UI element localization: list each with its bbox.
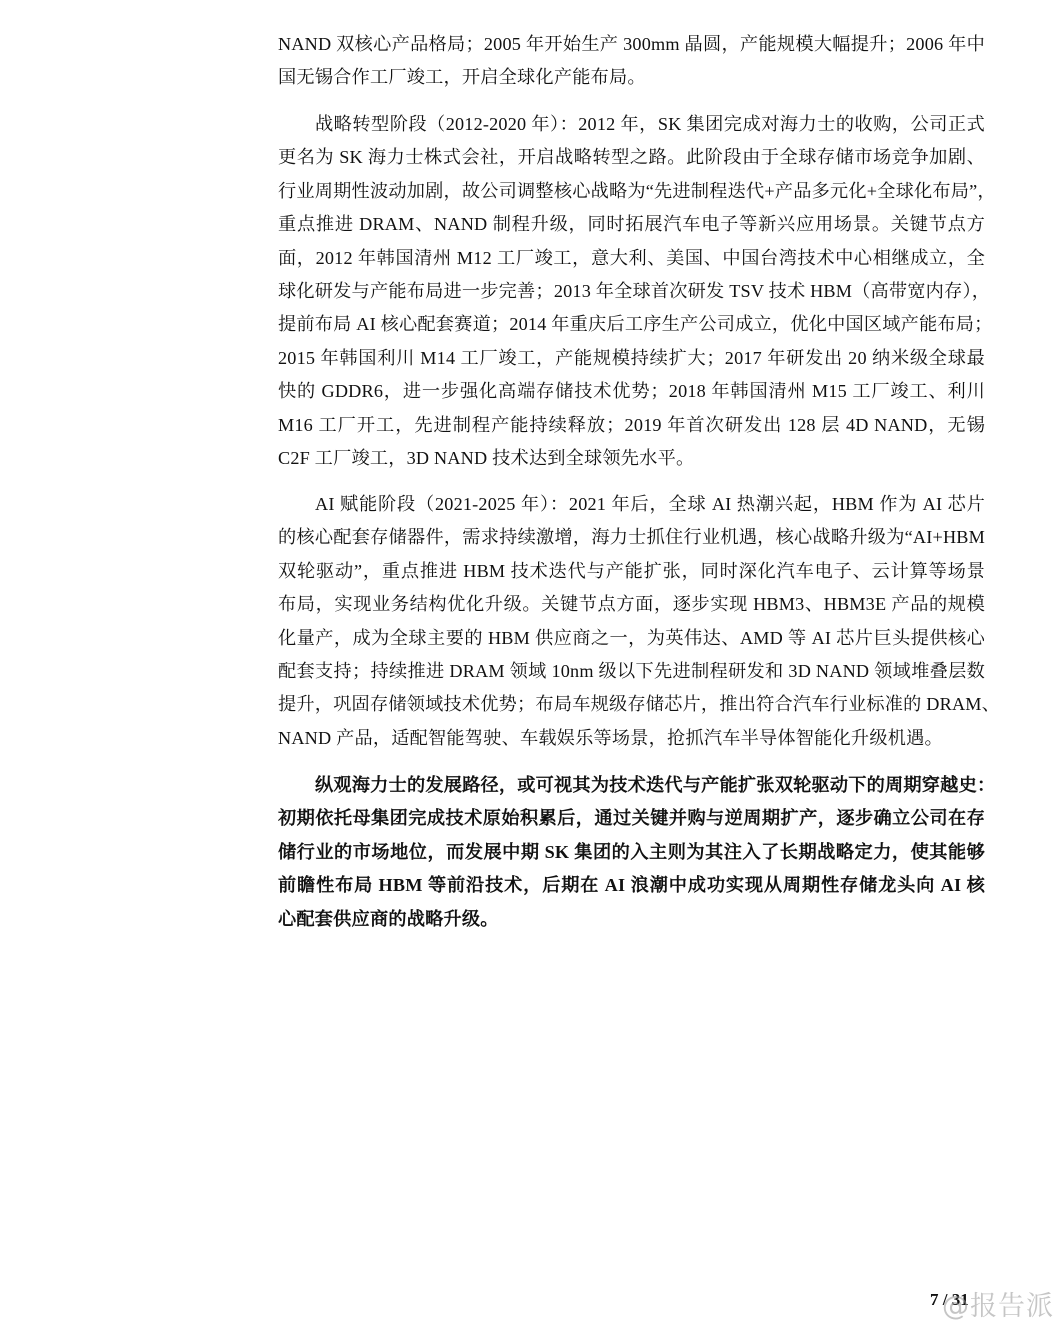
text-line: 布局，实现业务结构优化升级。关键节点方面，逐步实现 HBM3、HBM3E 产品的… (278, 588, 985, 621)
text-line: 2015 年韩国利川 M14 工厂竣工，产能规模持续扩大；2017 年研发出 2… (278, 342, 985, 375)
paragraph-continuation: NAND 双核心产品格局；2005 年开始生产 300mm 晶圆，产能规模大幅提… (278, 28, 985, 95)
paragraph-summary-bold: 纵观海力士的发展路径，或可视其为技术迭代与产能扩张双轮驱动下的周期穿越史： 初期… (278, 769, 985, 936)
document-page: NAND 双核心产品格局；2005 年开始生产 300mm 晶圆，产能规模大幅提… (0, 0, 1061, 1320)
watermark: @报告派 (942, 1284, 1054, 1320)
text-line: 双轮驱动”，重点推进 HBM 技术迭代与产能扩张，同时深化汽车电子、云计算等场景 (278, 555, 985, 588)
text-line: 重点推进 DRAM、NAND 制程升级，同时拓展汽车电子等新兴应用场景。关键节点… (278, 208, 985, 241)
text-line: 更名为 SK 海力士株式会社，开启战略转型之路。此阶段由于全球存储市场竞争加剧、 (278, 141, 985, 174)
text-line: 配套支持；持续推进 DRAM 领域 10nm 级以下先进制程研发和 3D NAN… (278, 655, 985, 688)
text-line: 行业周期性波动加剧，故公司调整核心战略为“先进制程迭代+产品多元化+全球化布局”… (278, 175, 985, 208)
text-line: 心配套供应商的战略升级。 (278, 903, 985, 936)
text-line: C2F 工厂竣工，3D NAND 技术达到全球领先水平。 (278, 442, 985, 475)
text-line: 提前布局 AI 核心配套赛道；2014 年重庆后工序生产公司成立，优化中国区域产… (278, 308, 985, 341)
text-line: 面，2012 年韩国清州 M12 工厂竣工，意大利、美国、中国台湾技术中心相继成… (278, 242, 985, 275)
text-line: NAND 双核心产品格局；2005 年开始生产 300mm 晶圆，产能规模大幅提… (278, 28, 985, 61)
paragraph-strategic-transformation: 战略转型阶段（2012-2020 年）：2012 年，SK 集团完成对海力士的收… (278, 108, 985, 475)
text-line: 快的 GDDR6，进一步强化高端存储技术优势；2018 年韩国清州 M15 工厂… (278, 375, 985, 408)
paragraph-ai-empowerment: AI 赋能阶段（2021-2025 年）：2021 年后，全球 AI 热潮兴起，… (278, 488, 985, 755)
text-line: M16 工厂开工，先进制程产能持续释放；2019 年首次研发出 128 层 4D… (278, 409, 985, 442)
text-line: 储行业的市场地位，而发展中期 SK 集团的入主则为其注入了长期战略定力，使其能够 (278, 836, 985, 869)
text-line: 前瞻性布局 HBM 等前沿技术，后期在 AI 浪潮中成功实现从周期性存储龙头向 … (278, 869, 985, 902)
text-line: NAND 产品，适配智能驾驶、车载娱乐等场景，抢抓汽车半导体智能化升级机遇。 (278, 722, 985, 755)
text-line: 球化研发与产能布局进一步完善；2013 年全球首次研发 TSV 技术 HBM（高… (278, 275, 985, 308)
text-line: 化量产，成为全球主要的 HBM 供应商之一，为英伟达、AMD 等 AI 芯片巨头… (278, 622, 985, 655)
text-line: 的核心配套存储器件，需求持续激增，海力士抓住行业机遇，核心战略升级为“AI+HB… (278, 521, 985, 554)
text-line: AI 赋能阶段（2021-2025 年）：2021 年后，全球 AI 热潮兴起，… (278, 488, 985, 521)
text-line: 战略转型阶段（2012-2020 年）：2012 年，SK 集团完成对海力士的收… (278, 108, 985, 141)
text-line: 纵观海力士的发展路径，或可视其为技术迭代与产能扩张双轮驱动下的周期穿越史： (278, 769, 985, 802)
text-line: 提升，巩固存储领域技术优势；布局车规级存储芯片，推出符合汽车行业标准的 DRAM… (278, 688, 985, 721)
text-line: 初期依托母集团完成技术原始积累后，通过关键并购与逆周期扩产，逐步确立公司在存 (278, 802, 985, 835)
text-line: 国无锡合作工厂竣工，开启全球化产能布局。 (278, 61, 985, 94)
